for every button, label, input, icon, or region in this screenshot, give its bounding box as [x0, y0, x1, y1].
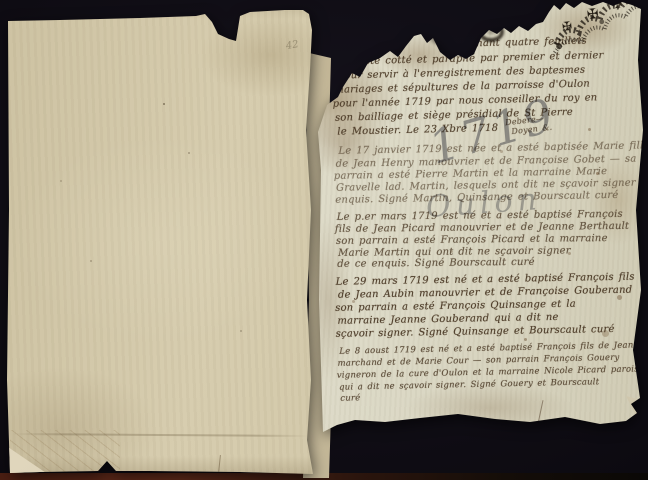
right-page-manuscript: contenant quatre feuillets a esté cotté …	[0, 0, 648, 480]
maltese-cross-glyph: ✠	[561, 19, 572, 34]
maltese-cross-glyph: ✠	[611, 0, 622, 11]
scanned-register-spread: 42 contenant quatre feuillets a esté cot…	[0, 0, 648, 480]
manuscript-text: contenant quatre feuillets a esté cotté …	[0, 0, 648, 480]
foxing-specks	[0, 0, 3, 3]
maltese-cross-stamp-icon: ✠ ✠ ✠	[547, 0, 648, 57]
baptism-entry-4: Le 8 aoust 1719 est né et a esté baptisé…	[0, 0, 648, 480]
ink-smudge-ring	[478, 22, 504, 42]
manuscript-line: curé	[340, 393, 360, 403]
maltese-cross-glyph: ✠	[586, 6, 599, 23]
ink-smudge	[428, 30, 448, 46]
right-page-wrap: contenant quatre feuillets a esté cotté …	[0, 0, 648, 480]
